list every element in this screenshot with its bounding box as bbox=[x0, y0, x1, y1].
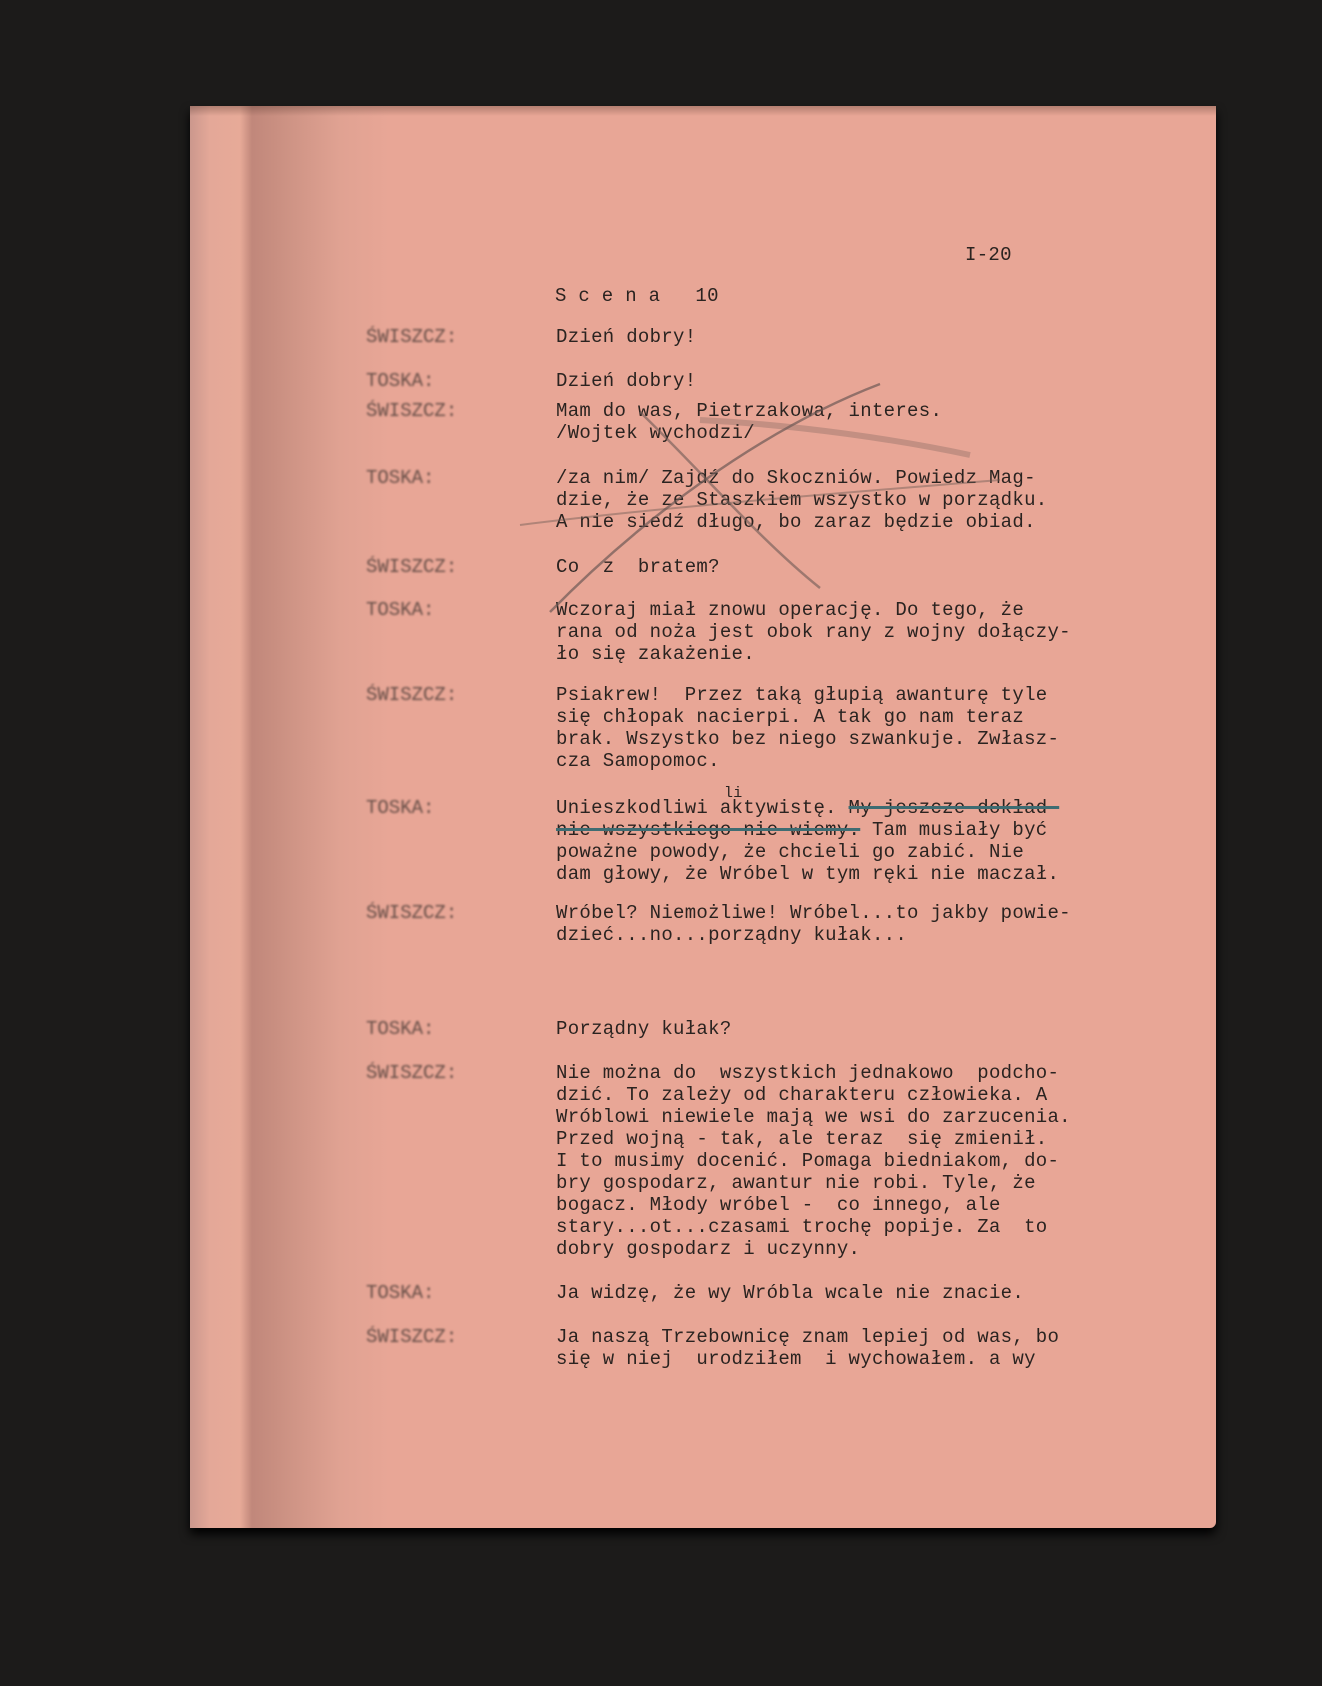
dialogue-line: Wróblowi niewiele mają we wsi do zarzuce… bbox=[556, 1106, 1071, 1128]
dialogue-line: Wczoraj miał znowu operację. Do tego, że bbox=[556, 599, 1024, 621]
dialogue-line: Nie można do wszystkich jednakowo podcho… bbox=[556, 1062, 1059, 1084]
speaker-label: TOSKA: bbox=[366, 599, 434, 621]
dialogue-line: Mam do was, Pietrzakowa, interes. bbox=[556, 400, 942, 422]
dialogue-line: poważne powody, że chcieli go zabić. Nie bbox=[556, 841, 1024, 863]
dialogue-line: dobry gospodarz i uczynny. bbox=[556, 1238, 860, 1260]
dialogue-line: Ja widzę, że wy Wróbla wcale nie znacie. bbox=[556, 1282, 1024, 1304]
handwritten-insertion: li bbox=[724, 783, 743, 805]
dialogue-line: Psiakrew! Przez taką głupią awanturę tyl… bbox=[556, 684, 1047, 706]
dialogue-line: nie wszystkiego nie wiemy. Tam musiały b… bbox=[556, 819, 1047, 841]
dialogue-line: dzie, że ze Staszkiem wszystko w porządk… bbox=[556, 489, 1047, 511]
dialogue-line: I to musimy docenić. Pomaga biedniakom, … bbox=[556, 1150, 1059, 1172]
dialogue-line: Dzień dobry! bbox=[556, 370, 696, 392]
dialogue-line: się chłopak nacierpi. A tak go nam teraz bbox=[556, 706, 1024, 728]
speaker-label: ŚWISZCZ: bbox=[366, 902, 457, 924]
dialogue-line: dzić. To zależy od charakteru człowieka.… bbox=[556, 1084, 1047, 1106]
speaker-label: ŚWISZCZ: bbox=[366, 556, 457, 578]
page-number: I-20 bbox=[965, 244, 1012, 266]
speaker-label: TOSKA: bbox=[366, 797, 434, 819]
speaker-label: ŚWISZCZ: bbox=[366, 326, 457, 348]
dialogue-line: /za nim/ Zajdź do Skoczniów. Powiedz Mag… bbox=[556, 467, 1036, 489]
dialogue-line: dzieć...no...porządny kułak... bbox=[556, 924, 907, 946]
scene-title: S c e n a 10 bbox=[555, 285, 719, 307]
dialogue-line: Unieszkodliwi aktywistę. My jeszcze dokł… bbox=[556, 797, 1059, 819]
dialogue-line: dam głowy, że Wróbel w tym ręki nie macz… bbox=[556, 863, 1059, 885]
dialogue-line: Dzień dobry! bbox=[556, 326, 696, 348]
struck-text: nie wszystkiego nie wiemy. bbox=[556, 819, 860, 841]
speaker-label: ŚWISZCZ: bbox=[366, 1062, 457, 1084]
dialogue-line: ło się zakażenie. bbox=[556, 643, 755, 665]
dialogue-line: Ja naszą Trzebownicę znam lepiej od was,… bbox=[556, 1326, 1059, 1348]
speaker-label: TOSKA: bbox=[366, 467, 434, 489]
dialogue-line: bogacz. Młody wróbel - co innego, ale bbox=[556, 1194, 1001, 1216]
dialogue-line: Porządny kułak? bbox=[556, 1018, 732, 1040]
speaker-label: TOSKA: bbox=[366, 370, 434, 392]
speaker-label: TOSKA: bbox=[366, 1018, 434, 1040]
dialogue-line: Przed wojną - tak, ale teraz się zmienił… bbox=[556, 1128, 1047, 1150]
speaker-label: ŚWISZCZ: bbox=[366, 400, 457, 422]
dialogue-line: /Wojtek wychodzi/ bbox=[556, 422, 755, 444]
dialogue-line: Wróbel? Niemożliwe! Wróbel...to jakby po… bbox=[556, 902, 1071, 924]
struck-text: My jeszcze dokład- bbox=[849, 797, 1060, 819]
dialogue-line: stary...ot...czasami trochę popije. Za t… bbox=[556, 1216, 1047, 1238]
dialogue-line: Co z bratem? bbox=[556, 556, 720, 578]
dialogue-line: się w niej urodziłem i wychowałem. a wy bbox=[556, 1348, 1036, 1370]
dialogue-line: bry gospodarz, awantur nie robi. Tyle, ż… bbox=[556, 1172, 1036, 1194]
dialogue-line: brak. Wszystko bez niego szwankuje. Zwła… bbox=[556, 728, 1059, 750]
dialogue-line: A nie siedź długo, bo zaraz będzie obiad… bbox=[556, 511, 1036, 533]
dialogue-line: cza Samopomoc. bbox=[556, 750, 720, 772]
page-top-shadow bbox=[190, 106, 1216, 116]
speaker-label: ŚWISZCZ: bbox=[366, 1326, 457, 1348]
speaker-label: TOSKA: bbox=[366, 1282, 434, 1304]
speaker-label: ŚWISZCZ: bbox=[366, 684, 457, 706]
dialogue-line: rana od noża jest obok rany z wojny dołą… bbox=[556, 621, 1071, 643]
